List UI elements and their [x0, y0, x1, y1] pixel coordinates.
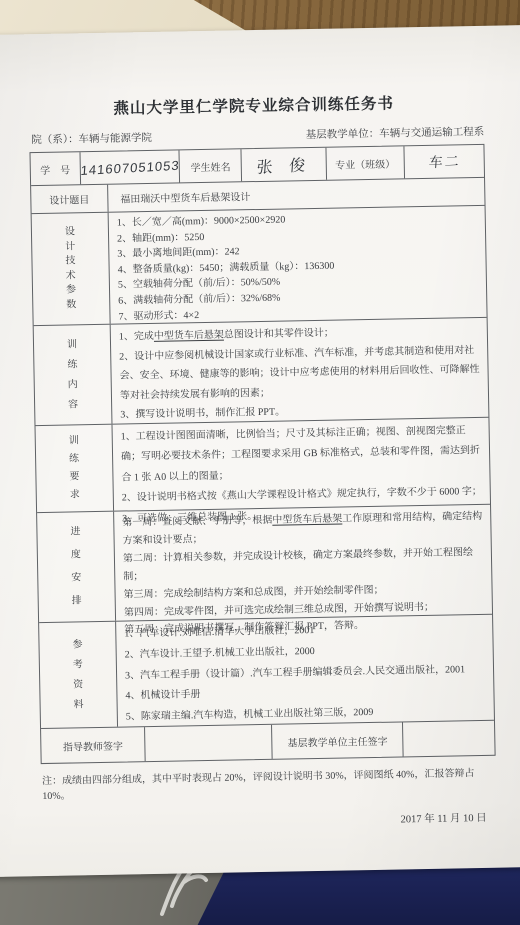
department-left: 院（系）：车辆与能源学院	[31, 130, 152, 147]
document-title: 燕山大学里仁学院专业综合训练任务书	[0, 89, 520, 121]
paper-document: 燕山大学里仁学院专业综合训练任务书 院（系）：车辆与能源学院 基层教学单位：车辆…	[0, 25, 520, 877]
teaching-unit-value: 车辆与交通运输工程系	[379, 127, 484, 140]
schedule-label: 进度安排	[37, 512, 116, 622]
department-line: 院（系）：车辆与能源学院 基层教学单位：车辆与交通运输工程系	[31, 124, 484, 147]
training-requirements-body: 1、工程设计图图面清晰，比例恰当；尺寸及其标注正确；视图、剖视图完整正确；写明必…	[112, 418, 489, 511]
training-content-label: 训练内容	[34, 325, 113, 425]
teaching-unit-right: 基层教学单位：车辆与交通运输工程系	[306, 124, 485, 142]
references-body: 1、汽车设计.刘唯信.清华大学出版社，2001 2、汽车设计.王望予.机械工业出…	[116, 615, 494, 727]
references-row: 参考资料 1、汽车设计.刘唯信.清华大学出版社，2001 2、汽车设计.王望予.…	[39, 615, 494, 729]
training-requirements-label: 训练要求	[36, 425, 115, 512]
student-name-label: 学生姓名	[180, 149, 242, 182]
major-class-label: 专业（班级）	[326, 146, 405, 179]
design-parameters-label: 设计技术参数	[32, 213, 111, 325]
department-value: 车辆与能源学院	[78, 133, 152, 145]
training-requirements-row: 训练要求 1、工程设计图图面清晰，比例恰当；尺寸及其标注正确；视图、剖视图完整正…	[36, 418, 491, 513]
signature-row: 指导教师签字 基层教学单位主任签字	[41, 721, 495, 763]
unit-director-signature-label: 基层教学单位主任签字	[272, 722, 404, 758]
teaching-unit-label: 基层教学单位：	[306, 129, 380, 141]
task-form-table: 学 号 141607051053 学生姓名 张 俊 专业（班级） 车二 设计题目…	[29, 144, 495, 764]
design-parameters-row: 设计技术参数 1、长／宽／高(mm)：9000×2500×2920 2、轴距(m…	[32, 206, 487, 326]
training-content-row: 训练内容 1、完成中型货车后悬架总图设计和其零件设计； 2、设计中应参阅机械设计…	[34, 318, 489, 426]
design-topic-label: 设计题目	[31, 185, 108, 213]
unit-director-signature-space	[403, 721, 494, 757]
student-name-value: 张 俊	[242, 148, 327, 182]
training-content-body: 1、完成中型货车后悬架总图设计和其零件设计； 2、设计中应参阅机械设计国家或行业…	[111, 318, 489, 424]
requirement-item: 1、工程设计图图面清晰，比例恰当；尺寸及其标注正确；视图、剖视图完整正确；写明必…	[121, 421, 484, 489]
schedule-body: 第一周：查阅文献、手册等，根据中型货车后悬架工作原理和常用结构，确定结构方案和设…	[114, 505, 492, 621]
student-id-label: 学 号	[31, 152, 81, 185]
advisor-signature-space	[145, 725, 272, 761]
schedule-row: 进度安排 第一周：查阅文献、手册等，根据中型货车后悬架工作原理和常用结构，确定结…	[37, 505, 492, 623]
advisor-signature-label: 指导教师签字	[41, 727, 146, 763]
student-id-value: 141607051053	[80, 150, 180, 184]
department-label: 院（系）：	[31, 134, 78, 146]
document-date: 2017 年 11 月 10 日	[0, 810, 487, 834]
content-item: 2、设计中应参阅机械设计国家或行业标准、汽车标准，并考虑其制造和使用对社会、安全…	[119, 341, 482, 406]
references-label: 参考资料	[39, 622, 118, 728]
major-class-value: 车二	[405, 145, 484, 178]
grading-note: 注：成绩由四部分组成，其中平时表现占 20%，评阅设计说明书 30%，评阅图纸 …	[42, 764, 502, 802]
design-parameters-body: 1、长／宽／高(mm)：9000×2500×2920 2、轴距(mm)：5250…	[109, 206, 487, 324]
